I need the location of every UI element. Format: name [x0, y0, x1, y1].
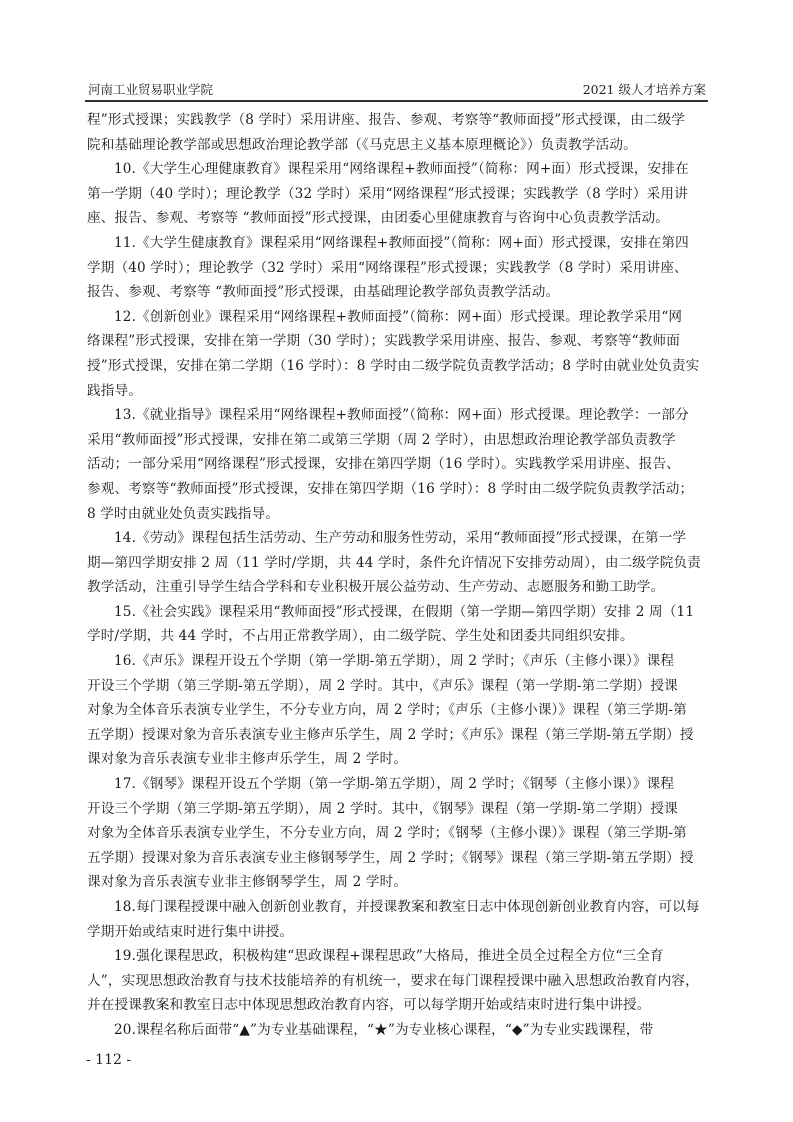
header-institution-name: 河南工业贸易职业学院: [88, 80, 213, 98]
paragraph-line: 学时/学期，共 44 学时，不占用正常教学周），由二级学院、学生处和团委共同组织…: [87, 624, 707, 649]
paragraph-first-line: 10.《大学生心理健康教育》课程采用“网络课程+教师面授”（简称：网+面）形式授…: [87, 157, 707, 182]
paragraph-line: 院和基础理论教学部或思想政治理论教学部（《马克思主义基本原理概论》）负责教学活动…: [87, 133, 707, 158]
paragraph-line: 第一学期（40 学时）；理论教学（32 学时）采用“网络课程”形式授课；实践教学…: [87, 182, 707, 207]
paragraph-first-line: 17.《钢琴》课程开设五个学期（第一学期-第五学期），周 2 学时；《钢琴（主修…: [87, 772, 707, 797]
paragraph-first-line: 19.强化课程思政，积极构建“思政课程+课程思政”大格局，推进全员全过程全方位“…: [87, 944, 707, 969]
page-header: 河南工业贸易职业学院 2021 级人才培养方案: [85, 78, 708, 100]
paragraph-line: 8 学时由就业处负责实践指导。: [87, 502, 707, 527]
paragraph-line: 络课程”形式授课，安排在第一学期（30 学时）；实践教学采用讲座、报告、参观、考…: [87, 329, 707, 354]
paragraph-line: 教学活动，注重引导学生结合学科和专业积极开展公益劳动、生产劳动、志愿服务和勤工助…: [87, 575, 707, 600]
header-divider: [85, 100, 708, 102]
paragraph-line: 对象为全体音乐表演专业学生，不分专业方向，周 2 学时；《钢琴（主修小课）》课程…: [87, 821, 707, 846]
paragraph-line: 践指导。: [87, 379, 707, 404]
paragraph-line: 五学期）授课对象为音乐表演专业主修钢琴学生，周 2 学时；《钢琴》课程（第三学期…: [87, 846, 707, 871]
paragraph-first-line: 12.《创新创业》课程采用“网络课程+教师面授”（简称：网+面）形式授课。理论教…: [87, 305, 707, 330]
paragraph-first-line: 11.《大学生健康教育》课程采用“网络课程+教师面授”（简称：网+面）形式授课，…: [87, 231, 707, 256]
paragraph-first-line: 20.课程名称后面带“▲”为专业基础课程，“★”为专业核心课程，“◆”为专业实践…: [87, 1018, 707, 1043]
paragraph-line: 授”形式授课，安排在第二学期（16 学时）：8 学时由二级学院负责教学活动；8 …: [87, 354, 707, 379]
paragraph-line: 并在授课教案和教室日志中体现思想政治教育内容，可以每学期开始或结束时进行集中讲授…: [87, 993, 707, 1018]
paragraph-line: 五学期）授课对象为音乐表演专业主修声乐学生，周 2 学时；《声乐》课程（第三学期…: [87, 723, 707, 748]
paragraph-line: 对象为全体音乐表演专业学生，不分专业方向，周 2 学时；《声乐（主修小课）》课程…: [87, 698, 707, 723]
paragraph-line: 采用“教师面授”形式授课，安排在第二或第三学期（周 2 学时），由思想政治理论教…: [87, 428, 707, 453]
paragraph-first-line: 13.《就业指导》课程采用“网络课程+教师面授”（简称：网+面）形式授课。理论教…: [87, 403, 707, 428]
header-document-title: 2021 级人才培养方案: [583, 80, 706, 98]
paragraph-first-line: 16.《声乐》课程开设五个学期（第一学期-第五学期），周 2 学时；《声乐（主修…: [87, 649, 707, 674]
paragraph-line: 课对象为音乐表演专业非主修钢琴学生，周 2 学时。: [87, 870, 707, 895]
paragraph-line: 学期（40 学时）；理论教学（32 学时）采用“网络课程”形式授课；实践教学（8…: [87, 256, 707, 281]
paragraph-first-line: 14.《劳动》课程包括生活劳动、生产劳动和服务性劳动，采用“教师面授”形式授课，…: [87, 526, 707, 551]
paragraph-line: 活动；一部分采用“网络课程”形式授课，安排在第四学期（16 学时）。实践教学采用…: [87, 452, 707, 477]
paragraph-line: 人”，实现思想政治教育与技术技能培养的有机统一，要求在每门课程授课中融入思想政治…: [87, 969, 707, 994]
paragraph-line: 报告、参观、考察等 “教师面授”形式授课，由基础理论教学部负责教学活动。: [87, 280, 707, 305]
paragraph-line: 课对象为音乐表演专业非主修声乐学生，周 2 学时。: [87, 747, 707, 772]
paragraph-line: 期—第四学期安排 2 周（11 学时/学期，共 44 学时，条件允许情况下安排劳…: [87, 551, 707, 576]
paragraph-line: 开设三个学期（第三学期-第五学期），周 2 学时。其中，《声乐》课程（第一学期-…: [87, 674, 707, 699]
paragraph-line: 学期开始或结束时进行集中讲授。: [87, 920, 707, 945]
paragraph-line: 座、报告、参观、考察等 “教师面授”形式授课，由团委心里健康教育与咨询中心负责教…: [87, 206, 707, 231]
document-body: 程”形式授课；实践教学（8 学时）采用讲座、报告、参观、考察等“教师面授”形式授…: [87, 108, 707, 1043]
page-number: - 112 -: [86, 1052, 131, 1068]
paragraph-line: 程”形式授课；实践教学（8 学时）采用讲座、报告、参观、考察等“教师面授”形式授…: [87, 108, 707, 133]
paragraph-line: 参观、考察等“教师面授”形式授课，安排在第四学期（16 学时）：8 学时由二级学…: [87, 477, 707, 502]
paragraph-first-line: 15.《社会实践》课程采用“教师面授”形式授课，在假期（第一学期—第四学期）安排…: [87, 600, 707, 625]
paragraph-first-line: 18.每门课程授课中融入创新创业教育，并授课教案和教室日志中体现创新创业教育内容…: [87, 895, 707, 920]
paragraph-line: 开设三个学期（第三学期-第五学期），周 2 学时。其中，《钢琴》课程（第一学期-…: [87, 797, 707, 822]
